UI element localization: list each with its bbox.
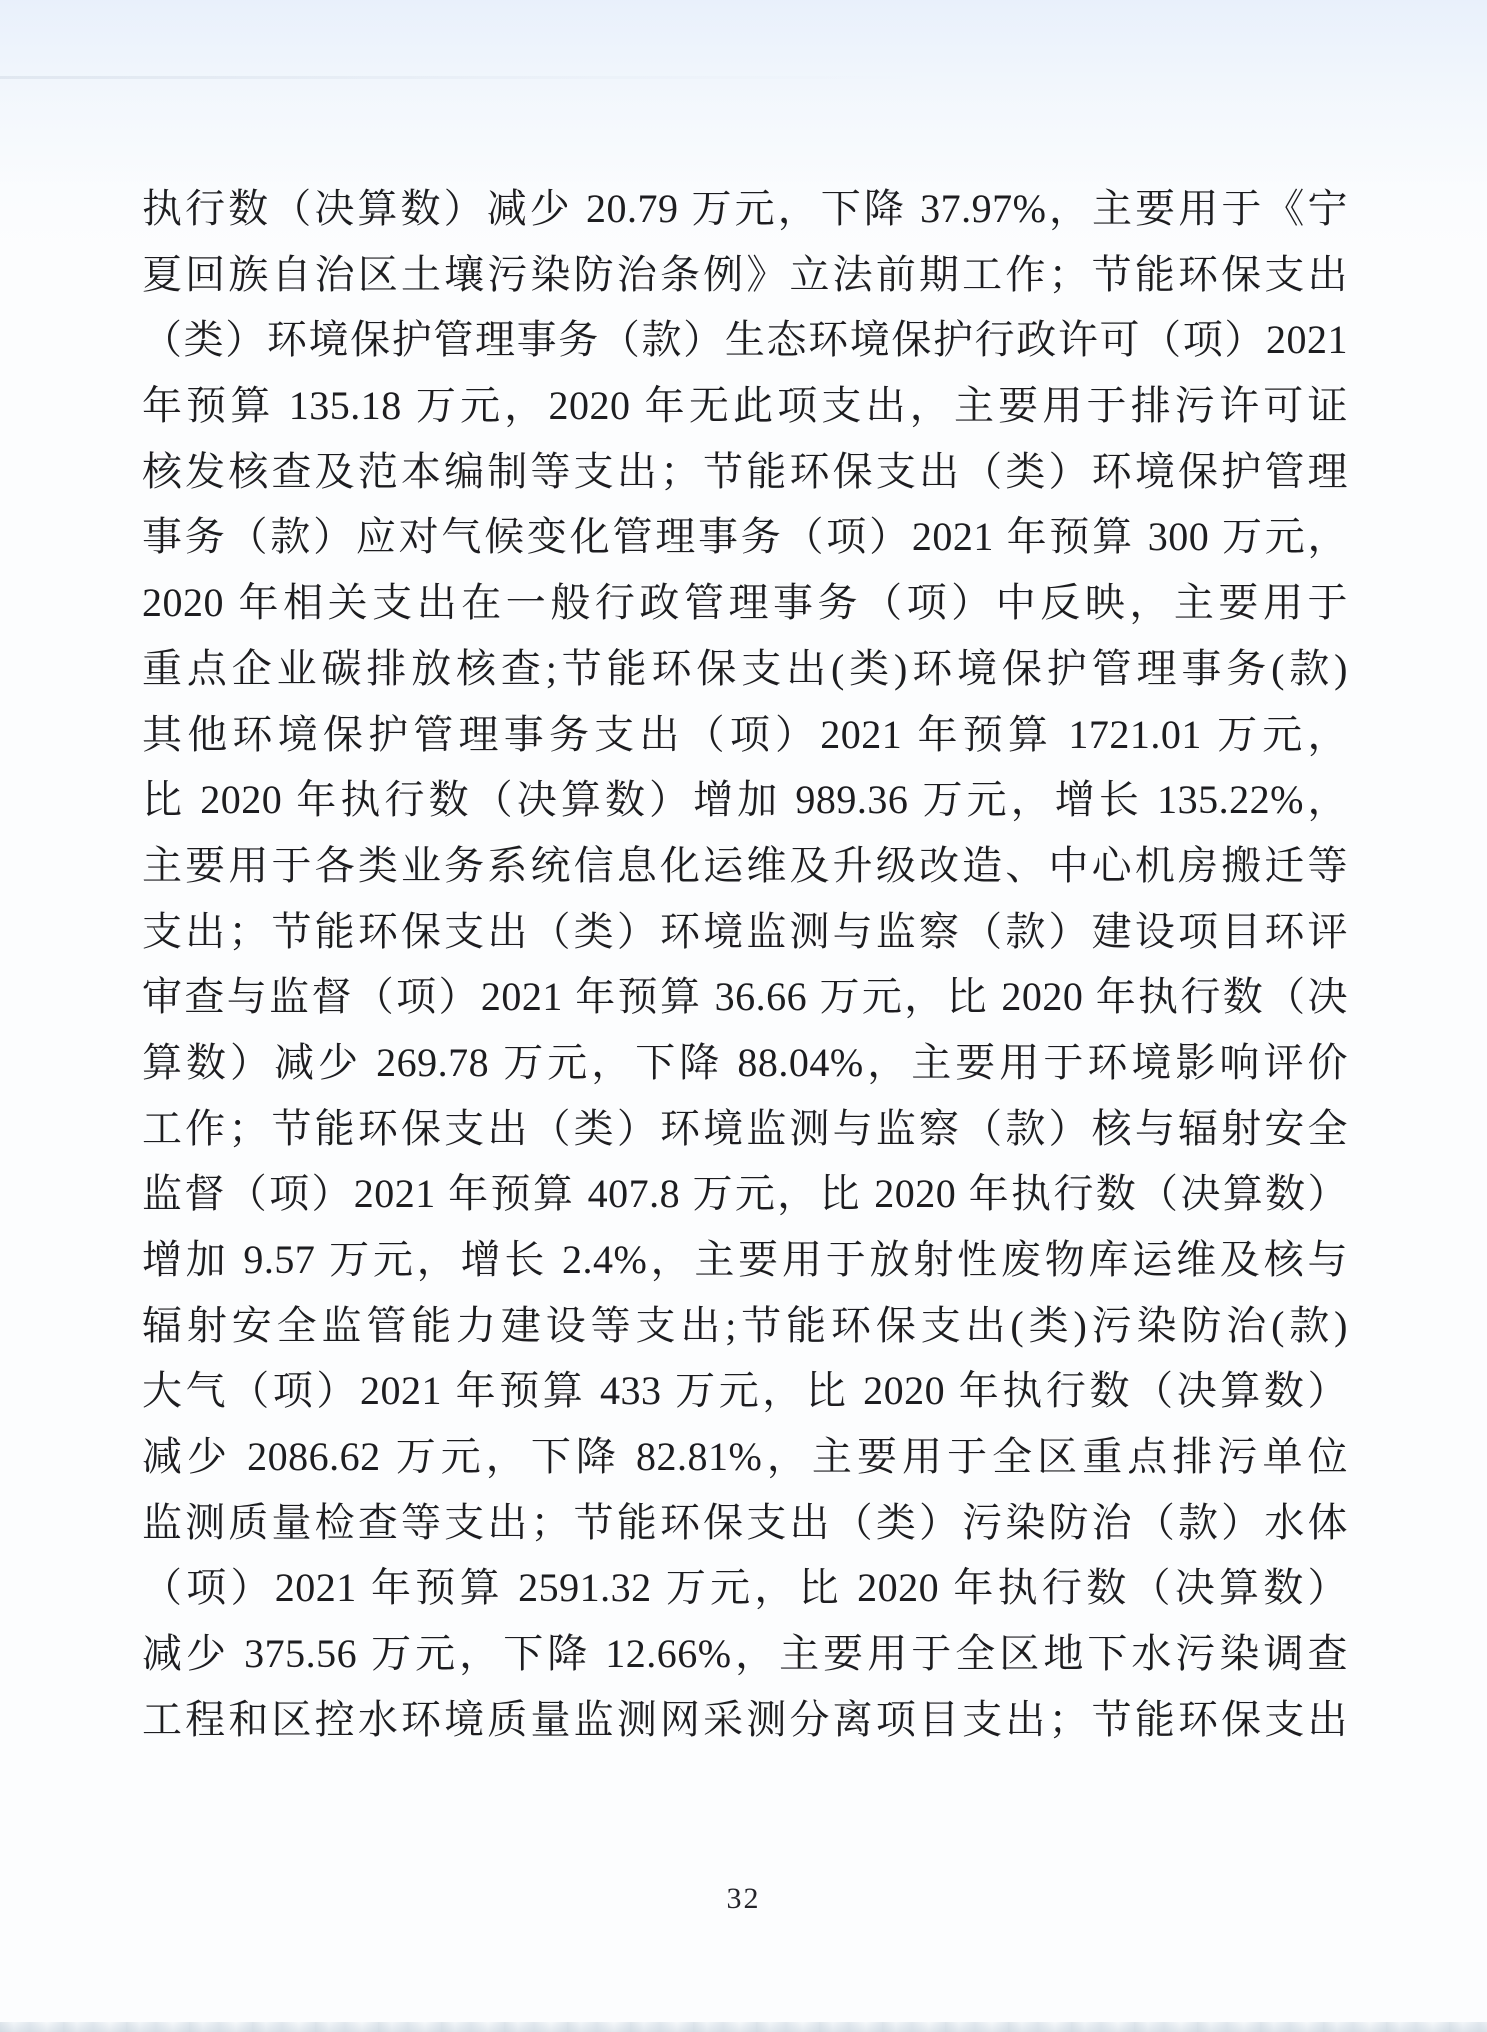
text-line: 事务（款）应对气候变化管理事务（项）2021 年预算 300 万元， (142, 504, 1348, 570)
body-text: 执行数（决算数）减少 20.79 万元，下降 37.97%，主要用于《宁 夏回族… (142, 176, 1348, 1753)
text-line: 年预算 135.18 万元，2020 年无此项支出，主要用于排污许可证 (142, 373, 1348, 439)
text-line: 减少 375.56 万元，下降 12.66%，主要用于全区地下水污染调查 (142, 1621, 1348, 1687)
text-line: 监测质量检查等支出；节能环保支出（类）污染防治（款）水体 (142, 1490, 1348, 1556)
text-line: 减少 2086.62 万元，下降 82.81%，主要用于全区重点排污单位 (142, 1424, 1348, 1490)
text-line: 辐射安全监管能力建设等支出;节能环保支出(类)污染防治(款) (142, 1293, 1348, 1359)
text-line: 算数）减少 269.78 万元，下降 88.04%，主要用于环境影响评价 (142, 1030, 1348, 1096)
scan-streak-artifact (0, 76, 922, 79)
text-line: 2020 年相关支出在一般行政管理事务（项）中反映，主要用于 (142, 570, 1348, 636)
page-number: 32 (0, 1882, 1487, 1916)
text-line: 核发核查及范本编制等支出；节能环保支出（类）环境保护管理 (142, 439, 1348, 505)
scanned-document-page: 执行数（决算数）减少 20.79 万元，下降 37.97%，主要用于《宁 夏回族… (0, 0, 1487, 2032)
text-line: 其他环境保护管理事务支出（项）2021 年预算 1721.01 万元， (142, 702, 1348, 768)
text-line: （类）环境保护管理事务（款）生态环境保护行政许可（项）2021 (142, 307, 1348, 373)
text-line: 主要用于各类业务系统信息化运维及升级改造、中心机房搬迁等 (142, 833, 1348, 899)
text-line: 夏回族自治区土壤污染防治条例》立法前期工作；节能环保支出 (142, 242, 1348, 308)
text-line: 增加 9.57 万元，增长 2.4%，主要用于放射性废物库运维及核与 (142, 1227, 1348, 1293)
scan-bottom-edge-artifact (0, 2022, 1487, 2032)
text-line: 工作；节能环保支出（类）环境监测与监察（款）核与辐射安全 (142, 1096, 1348, 1162)
text-line: 比 2020 年执行数（决算数）增加 989.36 万元，增长 135.22%， (142, 767, 1348, 833)
text-line: 支出；节能环保支出（类）环境监测与监察（款）建设项目环评 (142, 899, 1348, 965)
text-line: 监督（项）2021 年预算 407.8 万元，比 2020 年执行数（决算数） (142, 1161, 1348, 1227)
text-line: 审查与监督（项）2021 年预算 36.66 万元，比 2020 年执行数（决 (142, 964, 1348, 1030)
text-line: 工程和区控水环境质量监测网采测分离项目支出；节能环保支出 (142, 1687, 1348, 1753)
text-line: 执行数（决算数）减少 20.79 万元，下降 37.97%，主要用于《宁 (142, 176, 1348, 242)
text-line: 重点企业碳排放核查;节能环保支出(类)环境保护管理事务(款) (142, 636, 1348, 702)
text-line: （项）2021 年预算 2591.32 万元，比 2020 年执行数（决算数） (142, 1555, 1348, 1621)
text-line: 大气（项）2021 年预算 433 万元，比 2020 年执行数（决算数） (142, 1358, 1348, 1424)
